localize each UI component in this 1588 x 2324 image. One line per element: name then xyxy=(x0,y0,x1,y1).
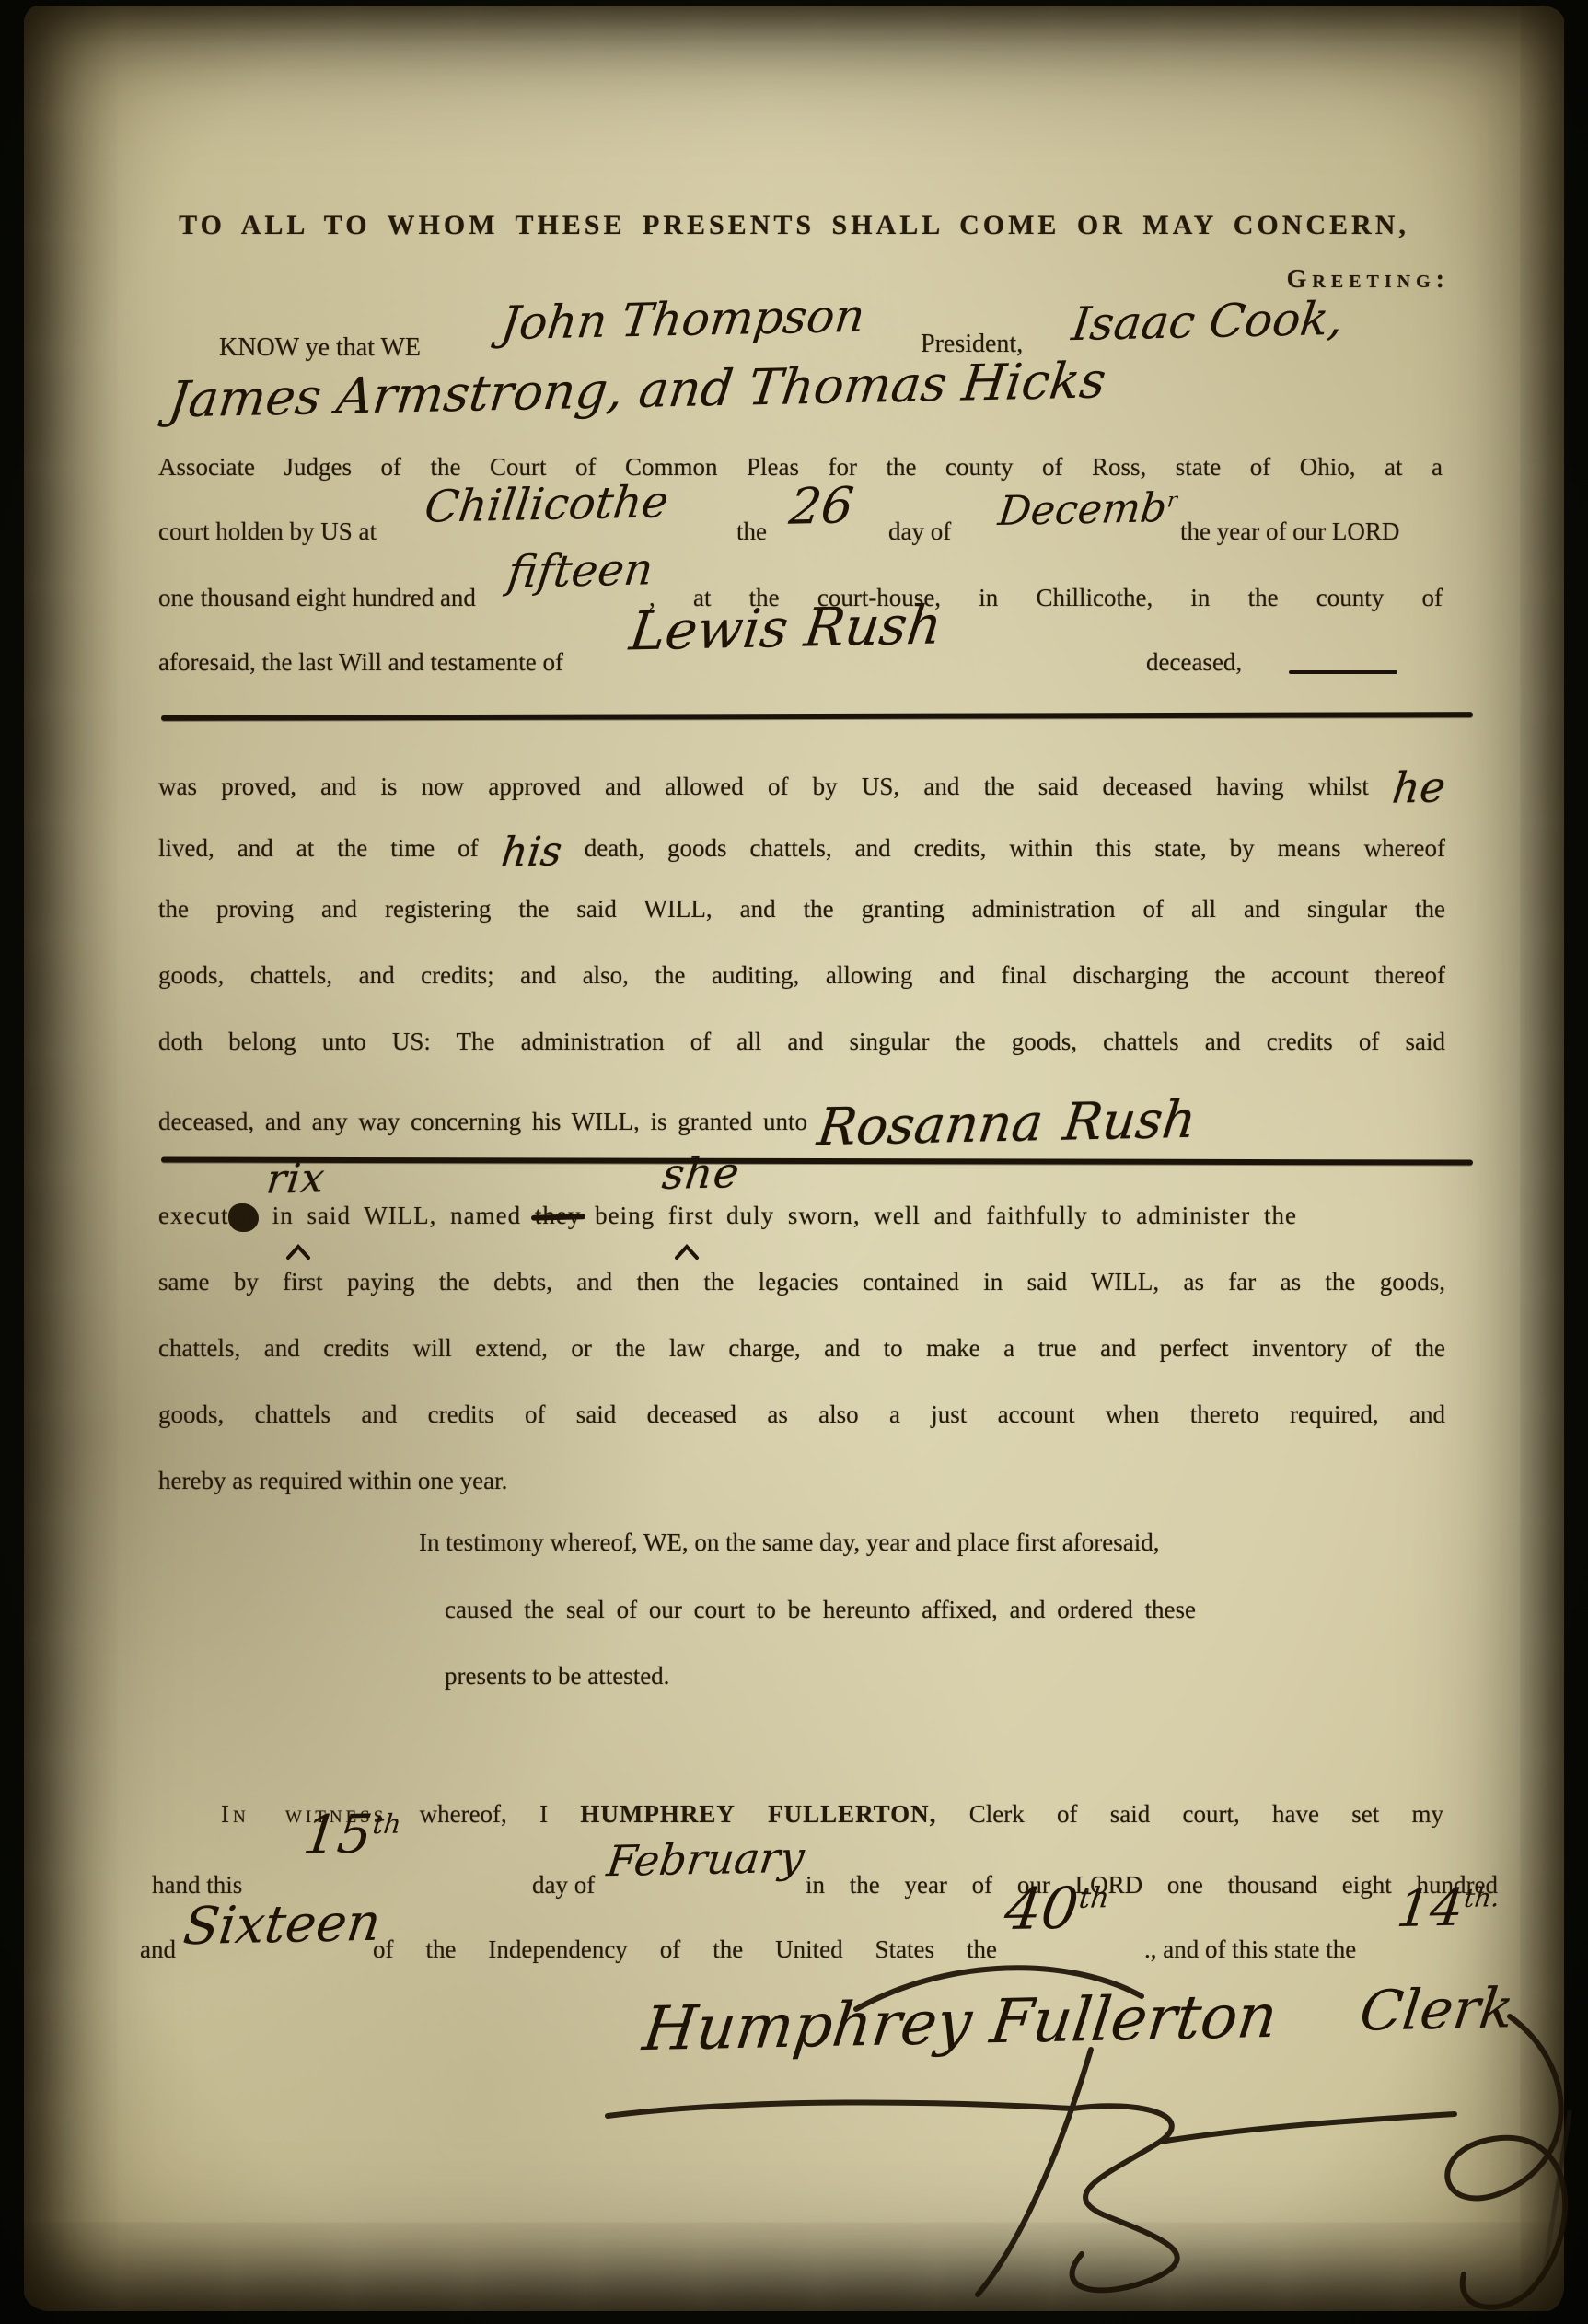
handwritten-14th: 14th. xyxy=(1397,1878,1498,1938)
section-rule-middle xyxy=(161,1157,1473,1166)
photo-background: TO ALL TO WHOM THESE PRESENTS SHALL COME… xyxy=(0,0,1588,2324)
probate-line-6: deceased, and any way concerning his WIL… xyxy=(158,1094,1195,1154)
handwritten-day-number: 26 xyxy=(790,477,853,535)
aforesaid-clause: aforesaid, the last Will and testamente … xyxy=(158,648,563,677)
witness-line-1: In witness whereof, I HUMPHREY FULLERTON… xyxy=(221,1800,1443,1829)
testimony-line-3: presents to be attested. xyxy=(445,1662,669,1691)
clerk-clause: Clerk of said court, have set my xyxy=(969,1800,1443,1828)
court-holden-phrase: court holden by US at xyxy=(158,517,377,546)
struck-word-they: they xyxy=(535,1202,582,1229)
executrix-mid: in said WILL, named xyxy=(272,1202,521,1229)
handwritten-year-sixteen: Sixteen xyxy=(184,1895,380,1955)
one-thousand-phrase: one thousand eight hundred and xyxy=(158,584,476,612)
handwritten-year-word: fifteen xyxy=(508,545,653,597)
probate-line-1-text: was proved, and is now approved and allo… xyxy=(158,773,1369,800)
handwritten-his: his xyxy=(502,829,562,876)
the-word: the xyxy=(736,517,767,546)
probate-line-2: lived, and at the time of his death, goo… xyxy=(158,829,1445,876)
caret-mark-she xyxy=(674,1238,700,1267)
clerk-name-printed: HUMPHREY FULLERTON, xyxy=(580,1800,936,1828)
probate-line-2-before: lived, and at the time of xyxy=(158,834,479,862)
day-suffix: th xyxy=(371,1808,402,1841)
testimony-line-1: In testimony whereof, WE, on the same da… xyxy=(419,1528,1159,1557)
witness-year-clause: in the year of our LORD one thousand eig… xyxy=(806,1871,1498,1900)
independency-clause: of the Independency of the United States… xyxy=(373,1935,997,1964)
signature-flourish xyxy=(552,1961,1588,2320)
month-superscript: r xyxy=(1166,489,1179,512)
blotted-suffix-or: or xyxy=(228,1203,259,1232)
handwritten-rosanna-rush: Rosanna Rush xyxy=(818,1094,1195,1154)
year-of-lord-phrase: the year of our LORD xyxy=(1180,517,1399,546)
section-rule-top xyxy=(161,712,1473,721)
executrix-line-1-rest: being first duly sworn, well and faithfu… xyxy=(595,1202,1297,1229)
and-word: and xyxy=(140,1935,176,1964)
handwritten-month: Decembr xyxy=(999,486,1176,533)
probate-line-3: the proving and registering the said WIL… xyxy=(158,895,1445,924)
handwritten-deceased-name: Lewis Rush xyxy=(631,597,941,659)
state-suffix: th. xyxy=(1463,1882,1501,1913)
executrix-line-3: chattels, and credits will extend, or th… xyxy=(158,1334,1445,1363)
probate-line-5: doth belong unto US: The administration … xyxy=(158,1028,1445,1056)
probate-line-6-text: deceased, and any way concerning his WIL… xyxy=(158,1108,807,1135)
executrix-stem: execut xyxy=(158,1202,228,1229)
deceased-word: deceased, xyxy=(1146,648,1242,677)
handwritten-he: he xyxy=(1393,762,1445,812)
probate-line-1: was proved, and is now approved and allo… xyxy=(158,762,1445,812)
handwritten-insert-she: she xyxy=(663,1148,739,1198)
handwritten-month-february: February xyxy=(608,1834,804,1884)
handwritten-judge-isaac-cook: Isaac Cook, xyxy=(1072,295,1343,348)
executrix-line-1: rix she executor in said WILL, named the… xyxy=(158,1202,1445,1230)
handwritten-place-chillicothe: Chillicothe xyxy=(425,479,667,530)
probate-line-4: goods, chattels, and credits; and also, … xyxy=(158,961,1445,990)
executrix-line-5: hereby as required within one year. xyxy=(158,1467,507,1495)
document-title: TO ALL TO WHOM THESE PRESENTS SHALL COME… xyxy=(0,210,1588,241)
handwritten-insert-rix: rix xyxy=(267,1156,325,1203)
handwritten-judges-armstrong-hicks: James Armstrong, and Thomas Hicks xyxy=(170,361,1105,419)
handwritten-day-15th: 15th xyxy=(304,1803,400,1865)
executrix-line-2: same by first paying the debts, and then… xyxy=(158,1268,1445,1296)
greeting-line: Greeting: xyxy=(1287,265,1450,295)
document-content: TO ALL TO WHOM THESE PRESENTS SHALL COME… xyxy=(0,0,1588,2324)
day-of-phrase-2: day of xyxy=(532,1871,595,1900)
probate-line-2-after: death, goods chattels, and credits, with… xyxy=(585,834,1445,862)
whereof-phrase: whereof, I xyxy=(420,1800,548,1828)
caret-mark-rix xyxy=(285,1238,311,1267)
executrix-line-4: goods, chattels and credits of said dece… xyxy=(158,1400,1445,1429)
handwritten-40th: 40th xyxy=(1005,1875,1107,1942)
independency-suffix: th xyxy=(1077,1881,1111,1915)
handwritten-president-name: John Thompson xyxy=(502,293,864,346)
blank-dash-line xyxy=(1289,670,1397,674)
state-clause: ., and of this state the xyxy=(1144,1935,1356,1964)
know-ye-phrase: KNOW ye that WE xyxy=(219,333,421,363)
day-of-phrase: day of xyxy=(888,517,951,546)
testimony-line-2: caused the seal of our court to be hereu… xyxy=(445,1596,1196,1624)
